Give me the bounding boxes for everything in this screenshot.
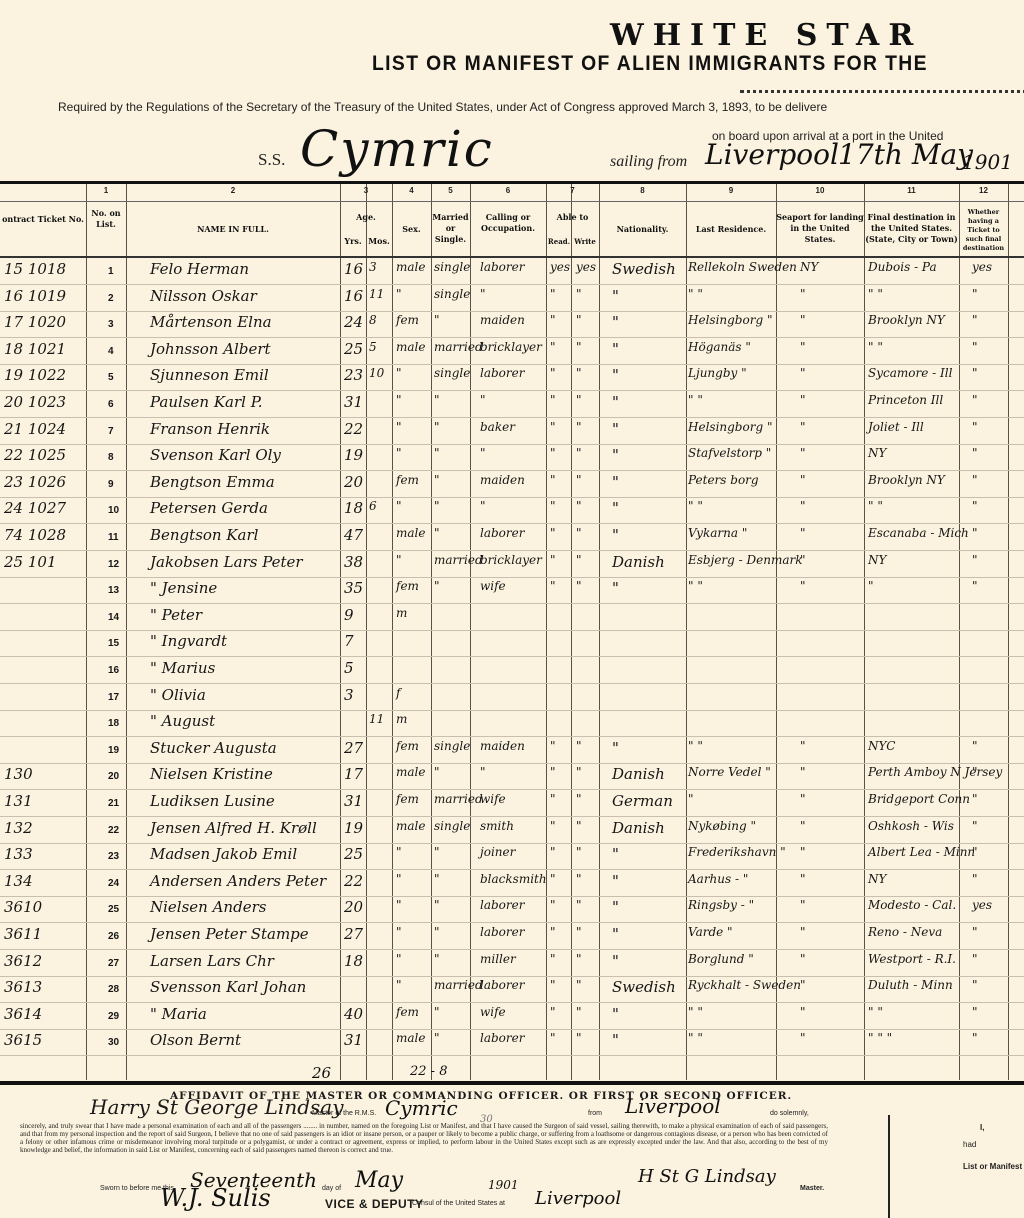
- occupation-cell: laborer: [480, 898, 524, 912]
- list-no-cell: 8: [108, 452, 114, 463]
- destination-cell: Brooklyn NY: [868, 473, 945, 487]
- destination-cell: Oshkosh - Wis: [868, 819, 954, 833]
- ticket-cell: 3615: [4, 1031, 42, 1049]
- table-row: 16 10192Nilsson Oskar1611"single""""" ""…: [0, 285, 1024, 312]
- destination-cell: Sycamore - Ill: [868, 366, 952, 380]
- write-cell: ": [576, 393, 582, 407]
- residence-cell: ": [688, 792, 694, 806]
- name-cell: Svensson Karl Johan: [150, 978, 306, 996]
- list-no-cell: 17: [108, 692, 119, 703]
- write-cell: ": [576, 819, 582, 833]
- nationality-cell: ": [612, 526, 619, 544]
- master-of-label: Master of the R.M.S.: [312, 1110, 376, 1117]
- name-cell: Andersen Anders Peter: [150, 872, 326, 890]
- marital-cell: ": [434, 446, 440, 460]
- ticket-cell: 131: [4, 792, 33, 810]
- ss-label: S.S.: [258, 150, 285, 170]
- residence-cell: Nykøbing ": [688, 819, 756, 833]
- destination-cell: Bridgeport Conn: [868, 792, 970, 806]
- nationality-cell: ": [612, 898, 619, 916]
- seaport-cell: ": [800, 952, 806, 966]
- nationality-cell: ": [612, 473, 619, 491]
- list-no-cell: 13: [108, 585, 119, 596]
- sex-cell: ": [396, 366, 402, 380]
- ticket-dest-cell: ": [972, 366, 978, 380]
- consul-label: Consul of the United States at: [412, 1200, 505, 1207]
- age-yrs-cell: 23: [344, 366, 363, 384]
- sex-cell: ": [396, 898, 402, 912]
- residence-cell: " ": [688, 579, 703, 593]
- affidavit-from-port: Liverpool: [625, 1094, 721, 1118]
- table-row: 18" August11m: [0, 710, 1024, 737]
- sex-cell: f: [396, 686, 400, 700]
- col-header-destination: Final destination in the United States. …: [864, 212, 959, 245]
- age-yrs-cell: 27: [344, 739, 363, 757]
- seaport-cell: ": [800, 499, 806, 513]
- company-name: WHITE STAR: [610, 18, 922, 53]
- table-row: 13020Nielsen Kristine17male""""DanishNor…: [0, 763, 1024, 790]
- read-cell: ": [550, 792, 556, 806]
- col-header-write: Write: [571, 236, 599, 247]
- col-header-sex: Sex.: [392, 224, 431, 235]
- sex-cell: fem: [396, 1005, 419, 1019]
- col-header-name: NAME IN FULL.: [126, 224, 340, 235]
- destination-cell: Reno - Neva: [868, 925, 942, 939]
- seaport-cell: ": [800, 819, 806, 833]
- write-cell: ": [576, 553, 582, 567]
- table-row: 20 10236Paulsen Karl P.31""""""" ""Princ…: [0, 391, 1024, 418]
- sex-cell: ": [396, 952, 402, 966]
- table-row: 16" Marius5: [0, 657, 1024, 684]
- ticket-dest-cell: ": [972, 925, 978, 939]
- read-cell: ": [550, 579, 556, 593]
- name-cell: " Peter: [150, 606, 202, 624]
- marital-cell: married: [434, 553, 483, 567]
- table-row: 361429" Maria40fem"wife"""" """ "": [0, 1003, 1024, 1030]
- residence-cell: Borglund ": [688, 952, 754, 966]
- residence-cell: Vykarna ": [688, 526, 747, 540]
- list-no-cell: 24: [108, 878, 119, 889]
- destination-cell: " " ": [868, 1031, 892, 1045]
- col-header-seaport: Seaport for landing in the United States…: [776, 212, 864, 245]
- list-no-cell: 27: [108, 958, 119, 969]
- residence-cell: Helsingborg ": [688, 313, 772, 327]
- seaport-cell: ": [800, 526, 806, 540]
- age-yrs-cell: 22: [344, 872, 363, 890]
- ticket-cell: 3614: [4, 1005, 42, 1023]
- marital-cell: single: [434, 366, 470, 380]
- read-cell: ": [550, 499, 556, 513]
- ticket-dest-cell: ": [972, 819, 978, 833]
- col-number: 1: [86, 186, 126, 195]
- read-cell: ": [550, 340, 556, 354]
- table-row: 21 10247Franson Henrik22""baker"""Helsin…: [0, 418, 1024, 445]
- ticket-dest-cell: ": [972, 1031, 978, 1045]
- read-cell: ": [550, 1031, 556, 1045]
- occupation-cell: laborer: [480, 526, 524, 540]
- marital-cell: ": [434, 925, 440, 939]
- read-cell: ": [550, 978, 556, 992]
- destination-cell: " ": [868, 499, 883, 513]
- name-cell: Bengtson Karl: [150, 526, 258, 544]
- table-row: 361227Larsen Lars Chr18""miller"""Borglu…: [0, 950, 1024, 977]
- name-cell: " Olivia: [150, 686, 206, 704]
- occupation-cell: bricklayer: [480, 340, 542, 354]
- nationality-cell: German: [612, 792, 673, 810]
- list-no-cell: 11: [108, 532, 119, 543]
- name-cell: Larsen Lars Chr: [150, 952, 274, 970]
- ticket-dest-cell: ": [972, 872, 978, 886]
- ticket-cell: 18 1021: [4, 340, 66, 358]
- read-cell: ": [550, 393, 556, 407]
- seaport-cell: ": [800, 553, 806, 567]
- ticket-dest-cell: ": [972, 499, 978, 513]
- occupation-cell: maiden: [480, 739, 525, 753]
- write-cell: ": [576, 526, 582, 540]
- col-header-ticket-dest: Whether having a Ticket to such final de…: [959, 208, 1008, 253]
- vice-deputy-stamp: VICE & DEPUTY: [325, 1197, 424, 1211]
- ticket-dest-cell: ": [972, 579, 978, 593]
- list-no-cell: 12: [108, 559, 119, 570]
- age-yrs-cell: 19: [344, 819, 363, 837]
- age-yrs-cell: 35: [344, 579, 363, 597]
- seaport-cell: ": [800, 366, 806, 380]
- table-row: 24 102710Petersen Gerda186""""""" """ "": [0, 497, 1024, 524]
- nationality-cell: ": [612, 287, 619, 305]
- age-yrs-cell: 40: [344, 1005, 363, 1023]
- ticket-dest-cell: ": [972, 845, 978, 859]
- manifest-title: LIST OR MANIFEST OF ALIEN IMMIGRANTS FOR…: [372, 52, 928, 76]
- sex-cell: ": [396, 287, 402, 301]
- occupation-cell: maiden: [480, 473, 525, 487]
- ticket-dest-cell: ": [972, 473, 978, 487]
- nationality-cell: ": [612, 420, 619, 438]
- seaport-cell: ": [800, 473, 806, 487]
- age-yrs-cell: 18: [344, 952, 363, 970]
- table-row: 18 10214Johnsson Albert255malemarriedbri…: [0, 338, 1024, 365]
- age-yrs-cell: 20: [344, 473, 363, 491]
- read-cell: ": [550, 739, 556, 753]
- sex-cell: male: [396, 819, 425, 833]
- seaport-cell: ": [800, 1005, 806, 1019]
- residence-cell: Höganäs ": [688, 340, 751, 354]
- seaport-cell: ": [800, 393, 806, 407]
- nationality-cell: ": [612, 952, 619, 970]
- occupation-cell: ": [480, 765, 486, 779]
- col-number: 9: [686, 186, 776, 195]
- list-no-cell: 15: [108, 638, 119, 649]
- age-mos-cell: 8: [369, 313, 377, 327]
- list-no-cell: 2: [108, 293, 114, 304]
- ticket-cell: 22 1025: [4, 446, 66, 464]
- age-yrs-cell: 9: [344, 606, 354, 624]
- age-mos-cell: 11: [369, 712, 384, 726]
- sex-cell: ": [396, 978, 402, 992]
- age-mos-cell: 10: [369, 366, 384, 380]
- master-signed: H St G Lindsay: [638, 1166, 776, 1187]
- residence-cell: " ": [688, 499, 703, 513]
- write-cell: ": [576, 499, 582, 513]
- col-header-residence: Last Residence.: [686, 224, 776, 235]
- table-row: 22 10258Svenson Karl Oly19""""""Stafvels…: [0, 444, 1024, 471]
- ticket-cell: 3612: [4, 952, 42, 970]
- list-no-cell: 7: [108, 426, 114, 437]
- marital-cell: ": [434, 499, 440, 513]
- occupation-cell: laborer: [480, 366, 524, 380]
- name-cell: " Marius: [150, 659, 215, 677]
- age-yrs-cell: 31: [344, 393, 363, 411]
- age-yrs-cell: 3: [344, 686, 354, 704]
- write-cell: ": [576, 792, 582, 806]
- name-cell: Svenson Karl Oly: [150, 446, 281, 464]
- table-row: 13121Ludiksen Lusine31femmarriedwife""Ge…: [0, 790, 1024, 817]
- read-cell: ": [550, 925, 556, 939]
- age-yrs-cell: 25: [344, 340, 363, 358]
- name-cell: " August: [150, 712, 215, 730]
- departure-port: Liverpool: [705, 138, 839, 171]
- age-yrs-cell: 25: [344, 845, 363, 863]
- seaport-cell: ": [800, 420, 806, 434]
- residence-cell: " ": [688, 1005, 703, 1019]
- col-number: 4: [392, 186, 431, 195]
- col-number: 3: [340, 186, 392, 195]
- destination-cell: NYC: [868, 739, 895, 753]
- affidavit-ship: Cymric: [385, 1096, 458, 1120]
- residence-cell: " ": [688, 1031, 703, 1045]
- ticket-cell: 3611: [4, 925, 42, 943]
- name-cell: Sjunneson Emil: [150, 366, 269, 384]
- list-no-cell: 30: [108, 1037, 119, 1048]
- table-row: 17 10203Mårtenson Elna248fem"maiden"""He…: [0, 311, 1024, 338]
- name-cell: Nilsson Oskar: [150, 287, 257, 305]
- ticket-dest-cell: ": [972, 313, 978, 327]
- consul-signature: W.J. Sulis: [160, 1184, 271, 1212]
- write-cell: yes: [576, 260, 596, 274]
- seaport-cell: ": [800, 340, 806, 354]
- ticket-dest-cell: ": [972, 553, 978, 567]
- sailing-year: 1901: [962, 150, 1013, 174]
- age-yrs-cell: 16: [344, 287, 363, 305]
- affidavit-rule: [0, 1081, 1024, 1085]
- seaport-cell: ": [800, 579, 806, 593]
- seaport-cell: ": [800, 872, 806, 886]
- ship-name: Cymric: [300, 120, 494, 178]
- age-yrs-cell: 31: [344, 792, 363, 810]
- name-cell: Ludiksen Lusine: [150, 792, 275, 810]
- age-yrs-cell: 27: [344, 925, 363, 943]
- name-cell: " Maria: [150, 1005, 207, 1023]
- marital-cell: ": [434, 845, 440, 859]
- occupation-cell: laborer: [480, 1031, 524, 1045]
- col-header-age: Age.: [340, 212, 392, 223]
- list-no-cell: 22: [108, 825, 119, 836]
- destination-cell: Perth Amboy N Jersey: [868, 765, 1002, 779]
- write-cell: ": [576, 952, 582, 966]
- write-cell: ": [576, 579, 582, 593]
- sex-cell: fem: [396, 473, 419, 487]
- name-cell: " Ingvardt: [150, 632, 227, 650]
- read-cell: ": [550, 553, 556, 567]
- marital-cell: married: [434, 340, 483, 354]
- col-header-read: Read.: [546, 236, 572, 247]
- col-header-able-to: Able to: [546, 212, 599, 223]
- ticket-cell: 25 101: [4, 553, 57, 571]
- read-cell: ": [550, 420, 556, 434]
- occupation-cell: bricklayer: [480, 553, 542, 567]
- list-no-cell: 28: [108, 984, 119, 995]
- table-row: 13424Andersen Anders Peter22""blacksmith…: [0, 870, 1024, 897]
- list-no-cell: 4: [108, 346, 114, 357]
- age-yrs-cell: 20: [344, 898, 363, 916]
- day-of-label: day of: [322, 1185, 341, 1192]
- sex-cell: m: [396, 606, 407, 620]
- sex-cell: ": [396, 420, 402, 434]
- destination-cell: NY: [868, 553, 886, 567]
- sex-cell: ": [396, 446, 402, 460]
- right-i-label: I,: [980, 1123, 984, 1132]
- ticket-cell: 130: [4, 765, 33, 783]
- read-cell: ": [550, 473, 556, 487]
- sailing-date: 17th May: [838, 138, 973, 171]
- destination-cell: Dubois - Pa: [868, 260, 937, 274]
- right-list-label: List or Manifest: [963, 1162, 1022, 1171]
- marital-cell: ": [434, 420, 440, 434]
- col-header-ticket: ontract Ticket No.: [0, 214, 86, 225]
- sex-cell: ": [396, 845, 402, 859]
- list-no-cell: 25: [108, 904, 119, 915]
- age-yrs-cell: 5: [344, 659, 354, 677]
- sex-cell: male: [396, 1031, 425, 1045]
- destination-cell: Modesto - Cal.: [868, 898, 956, 912]
- sex-cell: male: [396, 260, 425, 274]
- col-number: 12: [959, 186, 1008, 195]
- occupation-cell: joiner: [480, 845, 515, 859]
- name-cell: " Jensine: [150, 579, 217, 597]
- residence-cell: Helsingborg ": [688, 420, 772, 434]
- ticket-dest-cell: ": [972, 420, 978, 434]
- table-row: 14" Peter9m: [0, 604, 1024, 631]
- ticket-cell: 24 1027: [4, 499, 66, 517]
- ticket-dest-cell: ": [972, 526, 978, 540]
- table-row: 361530Olson Bernt31male"laborer"""" """ …: [0, 1029, 1024, 1056]
- nationality-cell: Danish: [612, 553, 665, 571]
- occupation-cell: baker: [480, 420, 515, 434]
- seaport-cell: ": [800, 739, 806, 753]
- occupation-cell: miller: [480, 952, 516, 966]
- residence-cell: " ": [688, 739, 703, 753]
- col-number: 7: [546, 186, 599, 195]
- name-cell: Petersen Gerda: [150, 499, 268, 517]
- table-row: 13222Jensen Alfred H. Krøll19malesingles…: [0, 817, 1024, 844]
- col-number: 10: [776, 186, 864, 195]
- residence-cell: " ": [688, 287, 703, 301]
- nationality-cell: ": [612, 366, 619, 384]
- ticket-dest-cell: yes: [972, 260, 992, 274]
- sex-cell: male: [396, 765, 425, 779]
- age-yrs-cell: 31: [344, 1031, 363, 1049]
- ticket-cell: 16 1019: [4, 287, 66, 305]
- occupation-cell: ": [480, 393, 486, 407]
- residence-cell: Esbjerg - Denmark: [688, 553, 803, 567]
- residence-cell: Rellekoln Sweden: [688, 260, 797, 274]
- nationality-cell: ": [612, 925, 619, 943]
- master-label: Master.: [800, 1185, 824, 1192]
- age-yrs-cell: 17: [344, 765, 363, 783]
- write-cell: ": [576, 287, 582, 301]
- occupation-cell: wife: [480, 579, 506, 593]
- sex-cell: ": [396, 393, 402, 407]
- table-row: 15" Ingvardt7: [0, 630, 1024, 657]
- nationality-cell: ": [612, 446, 619, 464]
- name-cell: Bengtson Emma: [150, 473, 275, 491]
- ticket-dest-cell: ": [972, 340, 978, 354]
- col-header-occupation: Calling or Occupation.: [470, 212, 546, 234]
- nationality-cell: ": [612, 1031, 619, 1049]
- name-cell: Nielsen Anders: [150, 898, 266, 916]
- age-yrs-cell: 47: [344, 526, 363, 544]
- ticket-dest-cell: ": [972, 739, 978, 753]
- nationality-cell: ": [612, 845, 619, 863]
- destination-cell: NY: [868, 446, 886, 460]
- age-yrs-cell: 7: [344, 632, 354, 650]
- divider: [740, 90, 1024, 94]
- list-no-cell: 1: [108, 266, 114, 277]
- col-number: 11: [864, 186, 959, 195]
- ticket-cell: 20 1023: [4, 393, 66, 411]
- sex-cell: fem: [396, 579, 419, 593]
- residence-cell: Frederikshavn ": [688, 845, 786, 859]
- read-cell: ": [550, 872, 556, 886]
- nationality-cell: Swedish: [612, 978, 676, 996]
- occupation-cell: ": [480, 287, 486, 301]
- nationality-cell: Danish: [612, 819, 665, 837]
- ticket-cell: 134: [4, 872, 33, 890]
- nationality-cell: ": [612, 393, 619, 411]
- marital-cell: ": [434, 313, 440, 327]
- name-cell: Nielsen Kristine: [150, 765, 273, 783]
- marital-cell: single: [434, 260, 470, 274]
- sex-cell: male: [396, 340, 425, 354]
- marital-cell: ": [434, 898, 440, 912]
- ticket-cell: 17 1020: [4, 313, 66, 331]
- read-cell: ": [550, 819, 556, 833]
- residence-cell: Varde ": [688, 925, 733, 939]
- name-cell: Madsen Jakob Emil: [150, 845, 297, 863]
- name-cell: Johnsson Albert: [150, 340, 271, 358]
- residence-cell: Ringsby - ": [688, 898, 754, 912]
- nationality-cell: ": [612, 499, 619, 517]
- table-row: 23 10269Bengtson Emma20fem"maiden"""Pete…: [0, 471, 1024, 498]
- name-cell: Jakobsen Lars Peter: [150, 553, 303, 571]
- occupation-cell: wife: [480, 792, 506, 806]
- nationality-cell: ": [612, 579, 619, 597]
- col-header-list-no: No. on List.: [86, 208, 126, 230]
- destination-cell: " ": [868, 287, 883, 301]
- list-no-cell: 3: [108, 319, 114, 330]
- list-no-cell: 5: [108, 372, 114, 383]
- table-row: 25 10112Jakobsen Lars Peter38"marriedbri…: [0, 551, 1024, 578]
- table-row: 361328Svensson Karl Johan"marriedlaborer…: [0, 976, 1024, 1003]
- name-cell: Mårtenson Elna: [150, 313, 272, 331]
- destination-cell: Westport - R.I.: [868, 952, 956, 966]
- age-total: 26: [312, 1064, 331, 1082]
- write-cell: ": [576, 420, 582, 434]
- ticket-cell: 23 1026: [4, 473, 66, 491]
- residence-cell: " ": [688, 393, 703, 407]
- read-cell: ": [550, 765, 556, 779]
- consul-place: Liverpool: [535, 1188, 621, 1209]
- marital-cell: ": [434, 473, 440, 487]
